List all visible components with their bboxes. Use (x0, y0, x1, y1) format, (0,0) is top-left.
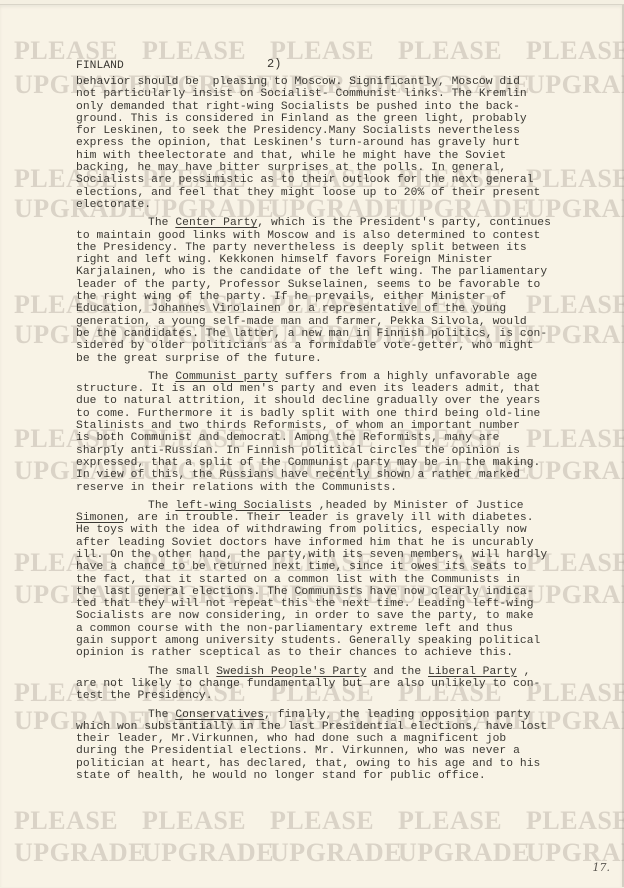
header-country: FINLAND (76, 60, 124, 72)
underlined-party-name: Swedish People's Party (216, 666, 366, 678)
text-line: ground. This is considered in Finland as… (76, 113, 616, 125)
text-line: The left-wing Socialists ,headed by Mini… (76, 500, 616, 512)
text-line: backing, he may have bitter surprises at… (76, 162, 616, 174)
text-line: elections, and feel that they might loos… (76, 187, 616, 199)
text-line: The Center Party, which is the President… (76, 217, 616, 229)
text-line: generation, a young self-made man and fa… (76, 316, 616, 328)
text-line: during the Presidential elections. Mr. V… (76, 745, 616, 757)
text-line: behavior should be pleasing to Moscow. S… (76, 76, 616, 88)
underlined-party-name: Liberal Party (428, 666, 517, 678)
text-line: a common course with the non-parliamenta… (76, 623, 616, 635)
paragraph-socialists-continued: behavior should be pleasing to Moscow. S… (76, 76, 616, 211)
text-line: are not likely to change fundamentally b… (76, 678, 616, 690)
text-line: right and left wing. Kekkonen himself fa… (76, 254, 616, 266)
text-line: opinion is rather sceptical as to their … (76, 647, 616, 659)
text-line: gain support among university students. … (76, 635, 616, 647)
text-line: reserve in their relations with the Comm… (76, 482, 616, 494)
text-line: express the opinion, that Leskinen's tur… (76, 137, 616, 149)
text-line: expressed, that a split of the Communist… (76, 457, 616, 469)
text-line: sidered by older politicians as a formid… (76, 340, 616, 352)
text-line: only demanded that right-wing Socialists… (76, 101, 616, 113)
page-header: FINLAND 2) (76, 58, 616, 76)
text-line: leader of the party, Professor Sukselain… (76, 279, 616, 291)
text-line: him with theelectorate and that, while h… (76, 150, 616, 162)
text-line: to maintain good links with Moscow and i… (76, 230, 616, 242)
underlined-party-name: Conservatives (175, 709, 264, 721)
document-body: FINLAND 2) behavior should be pleasing t… (76, 58, 616, 788)
text-line: have a chance to be returned next time, … (76, 561, 616, 573)
underlined-party-name: Communist party (175, 371, 277, 383)
text-line: the fact, that it started on a common li… (76, 574, 616, 586)
text-line: after leading Soviet doctors have inform… (76, 537, 616, 549)
text-line: test the Presidency. (76, 690, 616, 702)
text-line: be the candidates. The latter, a new man… (76, 328, 616, 340)
handwritten-page-mark: 17. (593, 861, 611, 874)
paragraph-communist-party: The Communist party suffers from a highl… (76, 371, 616, 494)
text-line: electorate. (76, 199, 616, 211)
text-line: Socialists are now considering, in order… (76, 610, 616, 622)
paragraph-center-party: The Center Party, which is the President… (76, 217, 616, 365)
text-line: Education, Johannes Virolainen or a repr… (76, 303, 616, 315)
text-line: Simonen, are in trouble. Their leader is… (76, 512, 616, 524)
text-line: the last general elections. The Communis… (76, 586, 616, 598)
text-line: be the great surprise of the future. (76, 353, 616, 365)
paragraph-conservatives: The Conservatives, finally, the leading … (76, 709, 616, 783)
text-line: politician at heart, has declared, that,… (76, 758, 616, 770)
text-line: Stalinists and two thirds Reformists, of… (76, 420, 616, 432)
underlined-person-name: Simonen (76, 512, 124, 524)
text-line: their leader, Mr.Virkunnen, who had done… (76, 733, 616, 745)
underlined-party-name: left-wing Socialists (175, 500, 312, 512)
text-line: ted that they will not repeat this the n… (76, 598, 616, 610)
text-line: due to natural attrition, it should decl… (76, 395, 616, 407)
text-line: sharply anti-Russian. In Finnish politic… (76, 445, 616, 457)
text-line: is both Communist and democrat. Among th… (76, 432, 616, 444)
text-line: He toys with the idea of withdrawing fro… (76, 524, 616, 536)
text-line: Karjalainen, who is the candidate of the… (76, 266, 616, 278)
text-line: which won substantially in the last Pres… (76, 721, 616, 733)
paragraph-left-wing-socialists: The left-wing Socialists ,headed by Mini… (76, 500, 616, 660)
text-line: The small Swedish People's Party and the… (76, 666, 616, 678)
text-line: the right wing of the party. If he preva… (76, 291, 616, 303)
text-line: to come. Furthermore it is badly split w… (76, 408, 616, 420)
text-line: The Conservatives, finally, the leading … (76, 709, 616, 721)
text-line: The Communist party suffers from a highl… (76, 371, 616, 383)
paragraph-swedish-liberal-parties: The small Swedish People's Party and the… (76, 666, 616, 703)
text-line: ill. On the other hand, the party,with i… (76, 549, 616, 561)
text-line: Socialists are pessimistic as to their o… (76, 174, 616, 186)
underlined-party-name: Center Party (175, 217, 257, 229)
text-line: structure. It is an old men's party and … (76, 383, 616, 395)
text-line: the Presidency. The party nevertheless i… (76, 242, 616, 254)
text-line: state of health, he would no longer stan… (76, 770, 616, 782)
text-line: not particularly insist on Socialist- Co… (76, 88, 616, 100)
text-line: for Leskinen, to seek the Presidency.Man… (76, 125, 616, 137)
text-line: In view of this, the Russians have recen… (76, 469, 616, 481)
header-page-number: 2) (267, 58, 282, 70)
